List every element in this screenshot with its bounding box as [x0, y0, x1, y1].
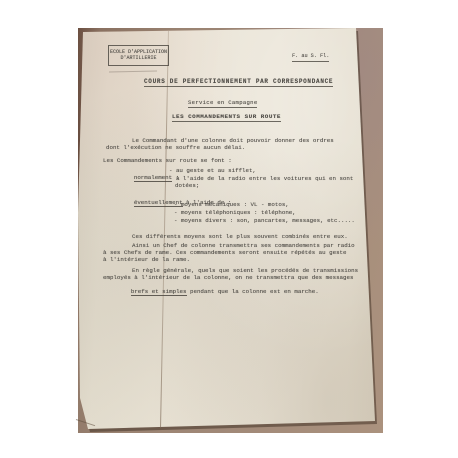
paragraph5: Ces différents moyens sont le plus souve… [132, 233, 348, 240]
paragraph7-line1: En règle générale, quels que soient les … [132, 267, 358, 274]
reference-number: F. au S. Fl. [292, 53, 329, 62]
paragraph6-line3: à l'intérieur de la rame. [103, 256, 190, 263]
paragraph6-line1: Ainsi un Chef de colonne transmettra ses… [132, 242, 355, 249]
document-content: ECOLE D'APPLICATION D'ARTILLERIE F. au S… [78, 28, 383, 433]
document-heading: LES COMMANDEMENTS SUR ROUTE [172, 113, 281, 122]
table-background: ECOLE D'APPLICATION D'ARTILLERIE F. au S… [78, 28, 383, 433]
course-title: COURS DE PERFECTIONNEMENT PAR CORRESPOND… [144, 78, 333, 87]
letterhead-line2: D'ARTILLERIE [109, 55, 168, 61]
paragraph7-underlined-phrase: brefs et simples [131, 288, 187, 296]
photo-frame: ECOLE D'APPLICATION D'ARTILLERIE F. au S… [0, 0, 458, 458]
event-item1: - moyens mécaniques : VL - motos, [174, 201, 289, 208]
event-item2: - moyens téléphoniques : téléphone, [174, 209, 296, 216]
normalement-item1: - au geste et au sifflet, [169, 167, 256, 174]
normalement-item2-line2: dotées; [175, 182, 199, 189]
event-item3: - moyens divers : son, pancartes, messag… [174, 217, 355, 224]
paragraph1-line1: Le Commandant d'une colonne doit pouvoir… [132, 137, 334, 144]
paragraph1-line2: dont l'exécution ne souffre aucun délai. [106, 144, 245, 151]
paragraph7-line3-rest: pendant que la colonne est en marche. [187, 288, 319, 295]
paragraph6-line2: à ses Chefs de rame. Ces commandements s… [103, 249, 347, 256]
paragraph7-line3: brefs et simples pendant que la colonne … [103, 281, 319, 302]
normalement-label: normalement [134, 174, 172, 182]
paragraph2: Les Commandements sur route se font : [103, 157, 232, 164]
document-subtitle: Service en Campagne [188, 99, 257, 108]
letterhead-box: ECOLE D'APPLICATION D'ARTILLERIE [108, 45, 169, 66]
paragraph7-line2: employés à l'intérieur de la colonne, on… [103, 274, 353, 281]
normalement-item2-line1: - à l'aide de la radio entre les voiture… [169, 175, 353, 182]
